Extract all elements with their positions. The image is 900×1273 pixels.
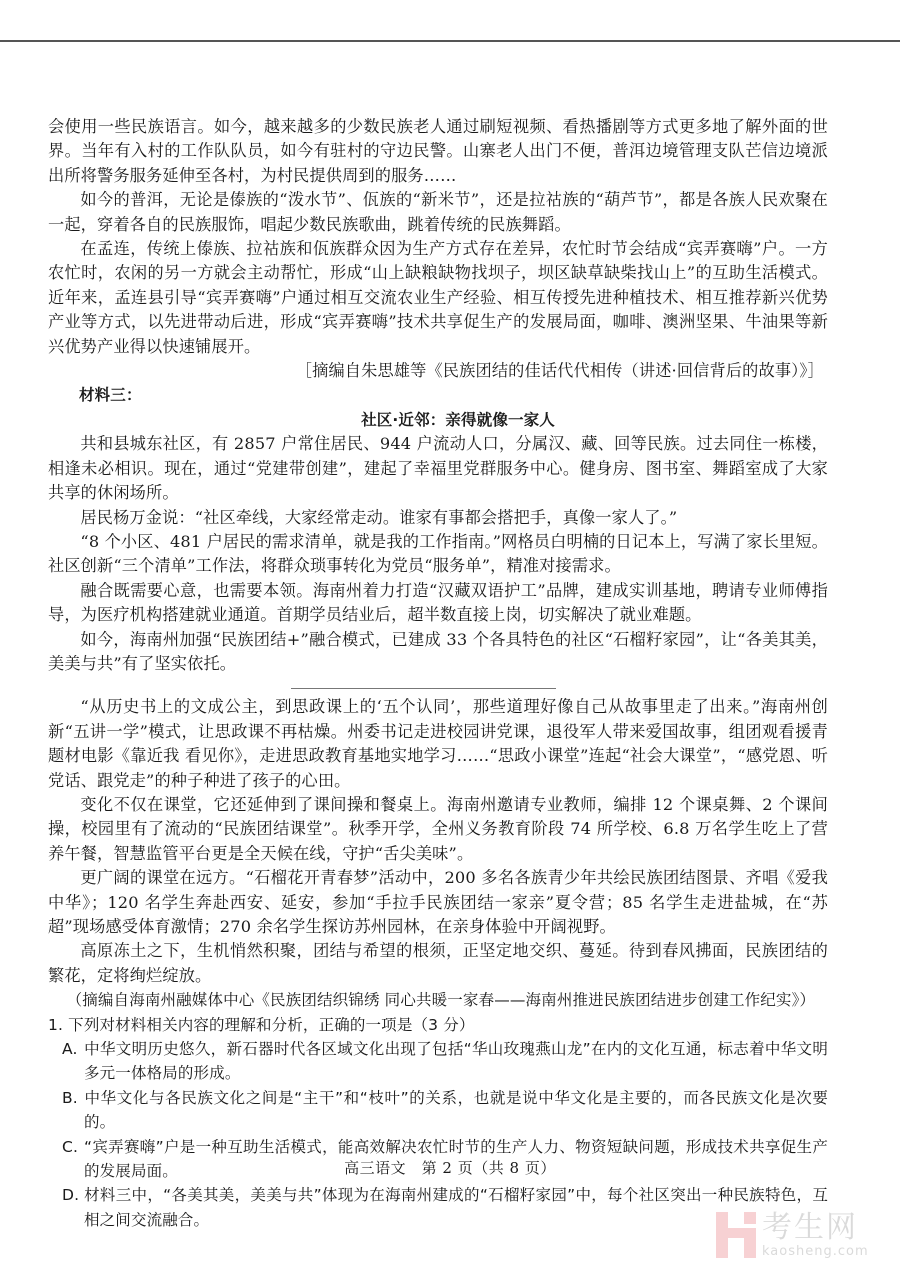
- material3-paragraph: 更广阔的课堂在远方。“石榴花开青春梦”活动中，200 多名各族青少年共绘民族团结…: [48, 866, 828, 939]
- watermark-en: kaosheng.com: [762, 1245, 869, 1258]
- option-text: 中华文化与各民族文化之间是“主干”和“枝叶”的关系，也就是说中华文化是主要的，而…: [84, 1089, 828, 1131]
- material3-paragraph: 高原冻土之下，生机悄然积聚，团结与希望的根须，正坚定地交织、蔓延。待到春风拂面，…: [48, 939, 828, 988]
- material2-paragraph: 如今的普洱，无论是傣族的“泼水节”、佤族的“新米节”，还是拉祜族的“葫芦节”，都…: [48, 188, 828, 237]
- section-divider: [291, 688, 556, 689]
- material3-subtitle: 社区·近邻：亲得就像一家人: [48, 408, 828, 432]
- question-option-a: A.中华文明历史悠久，新石器时代各区域文化出现了包括“华山玫瑰燕山龙”在内的文化…: [48, 1037, 828, 1086]
- material2-paragraph: 在孟连，传统上傣族、拉祜族和佤族群众因为生产方式存在差异，农忙时节会结成“宾弄赛…: [48, 237, 828, 359]
- material2-paragraph: 会使用一些民族语言。如今，越来越多的少数民族老人通过刷短视频、看热播剧等方式更多…: [48, 115, 828, 188]
- option-letter: C.: [62, 1135, 84, 1159]
- exam-page-body: 会使用一些民族语言。如今，越来越多的少数民族老人通过刷短视频、看热播剧等方式更多…: [48, 115, 828, 1232]
- watermark-cn: 考生网: [762, 1213, 869, 1243]
- header-rule: [0, 40, 900, 42]
- material3-paragraph: “8 个小区、481 户居民的需求清单，就是我的工作指南。”网格员白明楠的日记本…: [48, 530, 828, 579]
- material3-paragraph: 变化不仅在课堂，它还延伸到了课间操和餐桌上。海南州邀请专业教师，编排 12 个课…: [48, 793, 828, 866]
- question-1-stem: 1. 下列对材料相关内容的理解和分析，正确的一项是（3 分）: [48, 1013, 828, 1037]
- material3-paragraph: 居民杨万金说：“社区牵线，大家经常走动。谁家有事都会搭把手，真像一家人了。”: [48, 506, 828, 530]
- kaosheng-logo-icon: [716, 1212, 756, 1258]
- material3-paragraph: “从历史书上的文成公主，到思政课上的‘五个认同’，那些道理好像自己从故事里走了出…: [48, 695, 828, 793]
- page-footer: 高三语文 第 2 页（共 8 页）: [0, 1157, 900, 1178]
- material2-source: ［摘编自朱思雄等《民族团结的佳话代代相传（讲述·回信背后的故事）》］: [48, 359, 828, 383]
- option-text: 中华文明历史悠久，新石器时代各区域文化出现了包括“华山玫瑰燕山龙”在内的文化互通…: [84, 1040, 828, 1082]
- option-letter: B.: [62, 1086, 84, 1110]
- question-option-b: B.中华文化与各民族文化之间是“主干”和“枝叶”的关系，也就是说中华文化是主要的…: [48, 1086, 828, 1135]
- material3-source: （摘编自海南州融媒体中心《民族团结织锦绣 同心共暖一家春——海南州推进民族团结进…: [48, 988, 828, 1012]
- option-letter: D.: [62, 1183, 84, 1207]
- question-option-d: D.材料三中，“各美其美，美美与共”体现为在海南州建成的“石榴籽家园”中，每个社…: [48, 1183, 828, 1232]
- material3-paragraph: 共和县城东社区，有 2857 户常住居民、944 户流动人口，分属汉、藏、回等民…: [48, 432, 828, 505]
- option-letter: A.: [62, 1037, 84, 1061]
- material3-paragraph: 融合既需要心意，也需要本领。海南州着力打造“汉藏双语护工”品牌，建成实训基地，聘…: [48, 579, 828, 628]
- material3-paragraph: 如今，海南州加强“民族团结+”融合模式，已建成 33 个各具特色的社区“石榴籽家…: [48, 628, 828, 677]
- material3-label: 材料三：: [48, 383, 828, 407]
- watermark: 考生网 kaosheng.com: [716, 1205, 896, 1265]
